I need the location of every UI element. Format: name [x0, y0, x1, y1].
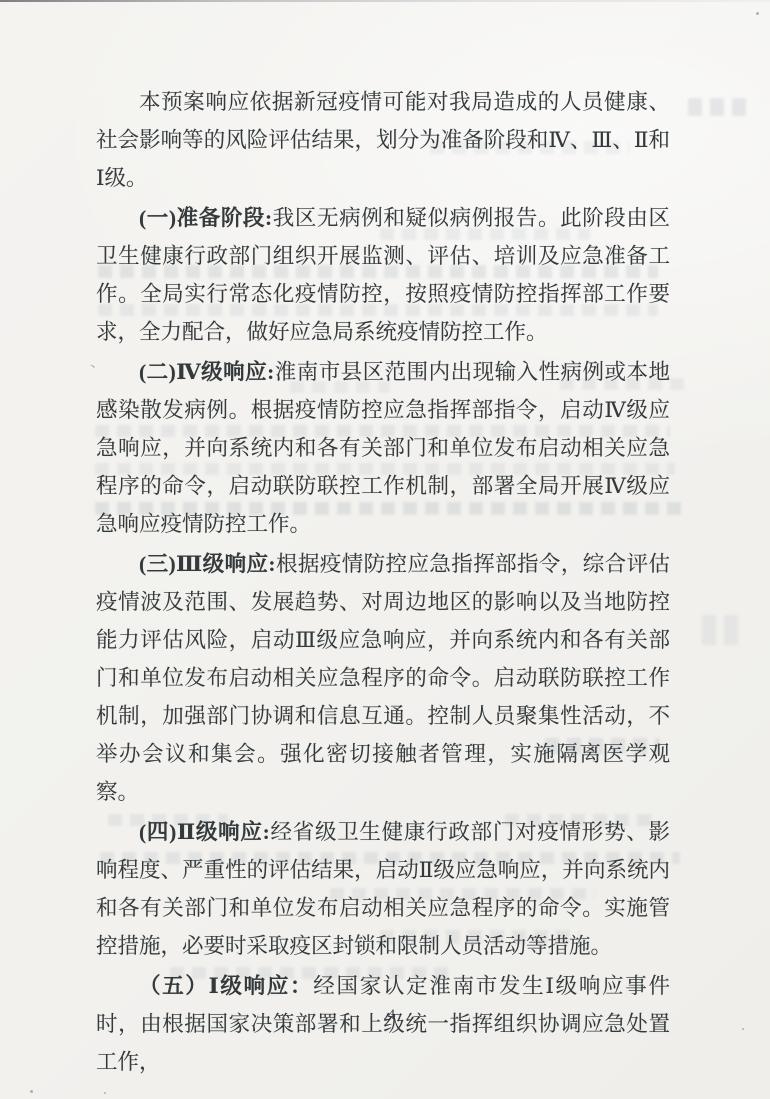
document-page: 、 本预案响应依据新冠疫情可能对我局造成的人员健康、社会影响等的风险评估结果，划… [0, 0, 770, 1099]
paper-speck-artifact [104, 1092, 106, 1094]
paragraph-prep-stage: (一)准备阶段:我区无病例和疑似病例报告。此阶段由区卫生健康行政部门组织开展监测… [96, 199, 670, 351]
paragraph-text: 淮南市县区范围内出现输入性病例或本地感染散发病例。根据疫情防控应急指挥部指令，启… [96, 360, 670, 536]
paragraph-level-1-response: （五）Ⅰ级响应：经国家认定淮南市发生Ⅰ级响应事件时，由根据国家决策部署和上级统一… [96, 967, 670, 1081]
paragraph-label: (二)Ⅳ级响应: [139, 360, 274, 384]
paper-speck-artifact [756, 12, 759, 15]
scan-edge-artifact [0, 0, 770, 2]
paragraph-level-2-response: (四)Ⅱ级响应:经省级卫生健康行政部门对疫情形势、影响程度、严重性的评估结果，启… [96, 813, 670, 965]
paragraph-text: 根据疫情防控应急指挥部指令，综合评估疫情波及范围、发展趋势、对周边地区的影响以及… [96, 552, 670, 804]
paragraph-level-4-response: (二)Ⅳ级响应:淮南市县区范围内出现输入性病例或本地感染散发病例。根据疫情防控应… [96, 353, 670, 543]
paragraph-text: 本预案响应依据新冠疫情可能对我局造成的人员健康、社会影响等的风险评估结果，划分为… [96, 90, 670, 190]
bleedthrough-artifact [702, 615, 744, 645]
paragraph-label: (一)准备阶段: [139, 206, 272, 230]
paragraph-intro: 本预案响应依据新冠疫情可能对我局造成的人员健康、社会影响等的风险评估结果，划分为… [96, 83, 670, 197]
paragraph-label: (四)Ⅱ级响应: [139, 820, 270, 844]
paragraph-level-3-response: (三)Ⅲ级响应:根据疫情防控应急指挥部指令，综合评估疫情波及范围、发展趋势、对周… [96, 545, 670, 811]
document-body: 本预案响应依据新冠疫情可能对我局造成的人员健康、社会影响等的风险评估结果，划分为… [96, 83, 670, 1083]
paper-speck-artifact [30, 1090, 33, 1093]
bleedthrough-artifact [688, 98, 746, 116]
paper-speck-artifact [742, 1028, 744, 1030]
paragraph-label: （五）Ⅰ级响应： [139, 974, 313, 998]
page-number: 4 [0, 1007, 770, 1024]
paragraph-label: (三)Ⅲ级响应: [139, 552, 276, 576]
